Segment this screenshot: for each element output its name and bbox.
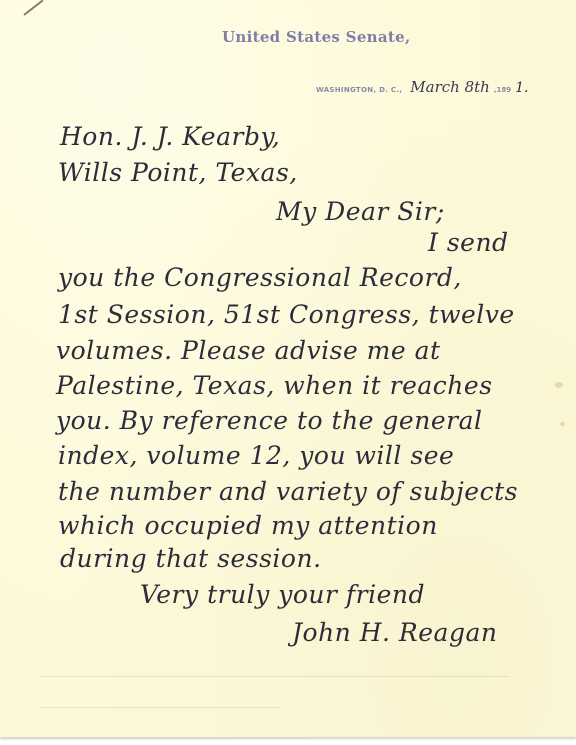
recipient-location: Wills Point, Texas, — [58, 158, 298, 187]
body-line: you the Congressional Record, — [58, 263, 462, 292]
body-line: 1st Session, 51st Congress, twelve — [58, 300, 515, 329]
dateline: WASHINGTON, D. C., March 8th ,1891. — [316, 78, 528, 96]
dateline-place: WASHINGTON, D. C., — [316, 86, 402, 94]
faint-rule — [40, 707, 280, 708]
recipient-name: Hon. J. J. Kearby, — [60, 122, 280, 151]
greeting: My Dear Sir; — [276, 197, 445, 226]
body-line: the number and variety of subjects — [58, 477, 518, 506]
paper-stain — [555, 382, 563, 388]
dateline-year-handwritten: 1. — [515, 80, 528, 96]
body-line: Palestine, Texas, when it reaches — [56, 371, 493, 400]
body-line: volumes. Please advise me at — [56, 336, 441, 365]
letter-page: United States Senate, WASHINGTON, D. C.,… — [0, 0, 576, 737]
body-line: during that session. — [60, 544, 322, 573]
dateline-year-printed: ,189 — [494, 86, 511, 94]
closing: Very truly your friend — [140, 580, 425, 609]
paper-stain — [560, 422, 565, 426]
body-line: index, volume 12, you will see — [58, 441, 454, 470]
pen-mark — [23, 0, 43, 16]
letterhead-title: United States Senate, — [222, 28, 410, 46]
body-line: you. By reference to the general — [56, 406, 482, 435]
signature: John H. Reagan — [292, 618, 497, 647]
faint-rule — [40, 676, 510, 677]
body-line: which occupied my attention — [58, 511, 438, 540]
body-line: I send — [428, 228, 509, 257]
dateline-handwritten-date: March 8th — [410, 78, 490, 96]
